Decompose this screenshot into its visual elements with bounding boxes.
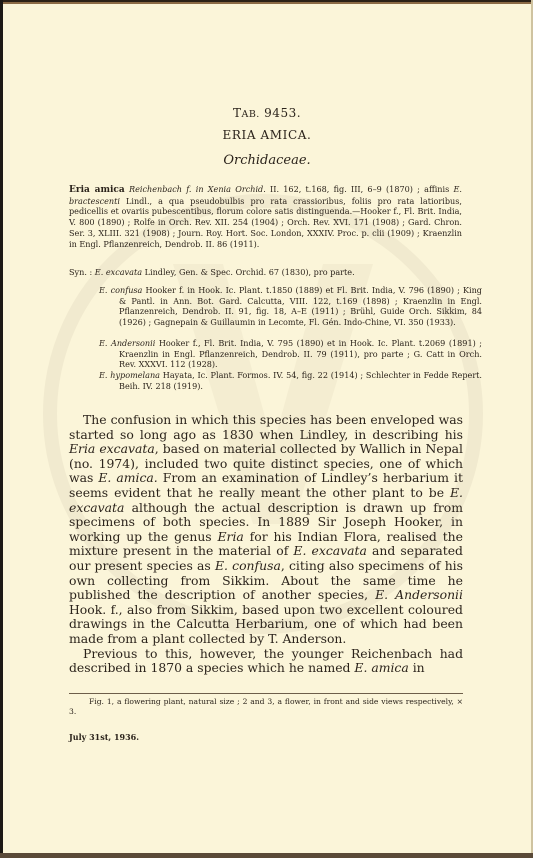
document-page: TAB. 9453. ERIA AMICA. Orchidaceae. Eria… [3, 2, 531, 853]
family-name: Orchidaceae. [3, 153, 531, 168]
figure-caption: Fig. 1, a flowering plant, natural size … [69, 697, 463, 717]
synonym-entry: E. Andersonii Hooker f., Fl. Brit. India… [99, 338, 482, 370]
synonym-entry: Syn. : E. excavata Lindley, Gen. & Spec.… [69, 267, 462, 278]
synonym-entry: E. hypomelana Hayata, Ic. Plant. Formos.… [99, 370, 482, 391]
body-paragraph: The confusion in which this species has … [69, 413, 463, 647]
body-paragraph: Previous to this, however, the younger R… [69, 647, 463, 676]
page-bottom-edge [0, 853, 533, 858]
plate-number: TAB. 9453. [3, 106, 531, 120]
species-title: ERIA AMICA. [3, 128, 531, 142]
footnote-divider [69, 693, 463, 694]
synonym-entry: E. confusa Hooker f. in Hook. Ic. Plant.… [99, 285, 482, 328]
body-text: The confusion in which this species has … [69, 413, 463, 676]
primary-citation: Eria amica Reichenbach f. in Xenia Orchi… [69, 184, 462, 249]
publication-date: July 31st, 1936. [69, 732, 139, 742]
